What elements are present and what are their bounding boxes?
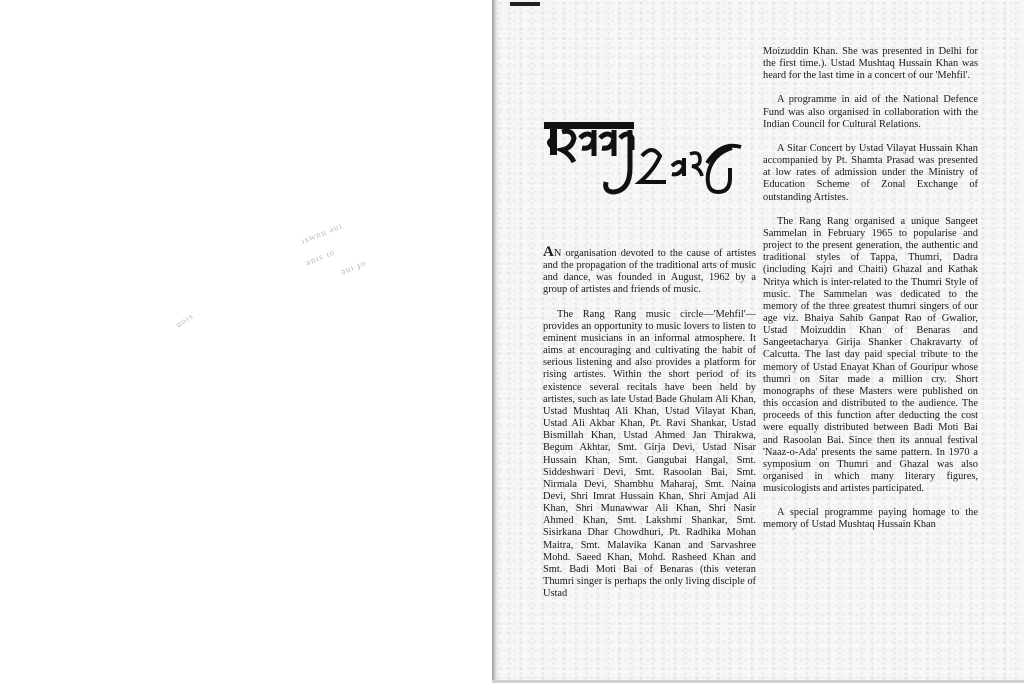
- paragraph: A programme in aid of the National Defen…: [763, 94, 978, 130]
- paragraph: A Sitar Concert by Ustad Vilayat Hussain…: [763, 143, 978, 204]
- paragraph-text: N organisation devoted to the cause of a…: [543, 248, 756, 295]
- left-page-blank: ıswnu ǝuı anıs ıo ǝuı ɟo uoıs: [0, 0, 492, 683]
- bleed-through-text: ıswnu ǝuı: [300, 220, 344, 246]
- drop-cap: A: [543, 244, 554, 260]
- paragraph-continued: Moizuddin Khan. She was presented in Del…: [763, 46, 978, 82]
- bleed-through-text: anıs ıo: [304, 247, 336, 268]
- bleed-through-text: ǝuı ɟo: [339, 257, 368, 276]
- bleed-through-text: uoıs: [174, 310, 195, 329]
- paragraph: The Rang Rang organised a unique Sangeet…: [763, 216, 978, 496]
- calligraphic-title-icon: [542, 108, 752, 203]
- binding-mark: [510, 2, 540, 6]
- raag-rang-logo: [542, 108, 752, 203]
- article-column-right: Moizuddin Khan. She was presented in Del…: [763, 46, 978, 544]
- paragraph: AN organisation devoted to the cause of …: [543, 246, 756, 297]
- page-spine: [492, 0, 498, 683]
- paragraph: The Rang Rang music circle—'Mehfil'—prov…: [543, 309, 756, 601]
- article-column-left: AN organisation devoted to the cause of …: [543, 246, 756, 612]
- paragraph: A special programme paying homage to the…: [763, 507, 978, 531]
